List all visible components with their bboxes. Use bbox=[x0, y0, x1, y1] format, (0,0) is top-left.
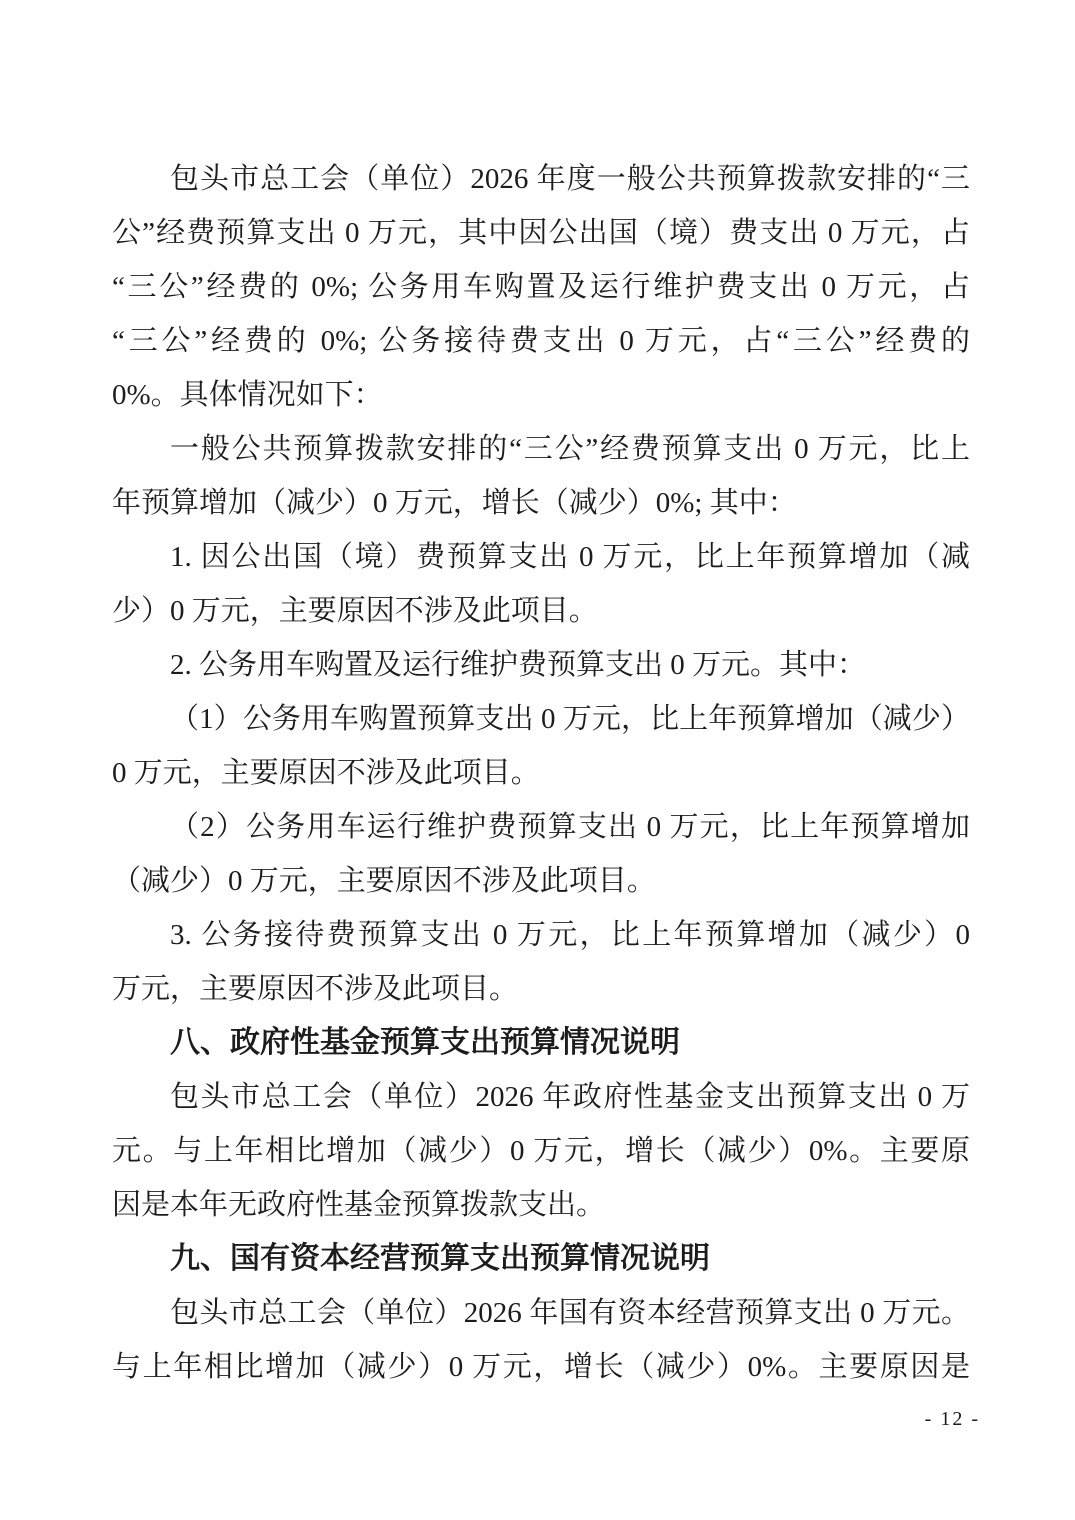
section-heading: 八、政府性基金预算支出预算情况说明 bbox=[112, 1016, 970, 1070]
text-line: “三公”经费的 0%; 公务接待费支出 0 万元，占“三公”经费的 bbox=[112, 314, 970, 368]
text-line: 0 万元，主要原因不涉及此项目。 bbox=[112, 746, 970, 800]
text-line: 3. 公务接待费预算支出 0 万元，比上年预算增加（减少）0 bbox=[112, 908, 970, 962]
text-line: （减少）0 万元，主要原因不涉及此项目。 bbox=[112, 854, 970, 908]
text-line: 元。与上年相比增加（减少）0 万元，增长（减少）0%。主要原 bbox=[112, 1124, 970, 1178]
text-line: 2. 公务用车购置及运行维护费预算支出 0 万元。其中： bbox=[112, 638, 970, 692]
section-heading: 九、国有资本经营预算支出预算情况说明 bbox=[112, 1232, 970, 1286]
text-line: 包头市总工会（单位）2026 年度一般公共预算拨款安排的“三 bbox=[112, 152, 970, 206]
text-line: 少）0 万元，主要原因不涉及此项目。 bbox=[112, 584, 970, 638]
text-line: 包头市总工会（单位）2026 年政府性基金支出预算支出 0 万 bbox=[112, 1070, 970, 1124]
document-page: 包头市总工会（单位）2026 年度一般公共预算拨款安排的“三 公”经费预算支出 … bbox=[0, 0, 1075, 1520]
text-line: （2）公务用车运行维护费预算支出 0 万元，比上年预算增加 bbox=[112, 800, 970, 854]
text-line: 一般公共预算拨款安排的“三公”经费预算支出 0 万元，比上 bbox=[112, 422, 970, 476]
document-body: 包头市总工会（单位）2026 年度一般公共预算拨款安排的“三 公”经费预算支出 … bbox=[112, 152, 970, 1394]
text-line: 与上年相比增加（减少）0 万元，增长（减少）0%。主要原因是 bbox=[112, 1340, 970, 1394]
page-number: - 12 - bbox=[925, 1404, 980, 1434]
text-line: （1）公务用车购置预算支出 0 万元，比上年预算增加（减少） bbox=[112, 692, 970, 746]
text-line: 0%。具体情况如下： bbox=[112, 368, 970, 422]
text-line: 万元，主要原因不涉及此项目。 bbox=[112, 962, 970, 1016]
text-line: 1. 因公出国（境）费预算支出 0 万元，比上年预算增加（减 bbox=[112, 530, 970, 584]
text-line: “三公”经费的 0%; 公务用车购置及运行维护费支出 0 万元，占 bbox=[112, 260, 970, 314]
text-line: 年预算增加（减少）0 万元，增长（减少）0%; 其中： bbox=[112, 476, 970, 530]
text-line: 包头市总工会（单位）2026 年国有资本经营预算支出 0 万元。 bbox=[112, 1286, 970, 1340]
text-line: 因是本年无政府性基金预算拨款支出。 bbox=[112, 1178, 970, 1232]
text-line: 公”经费预算支出 0 万元，其中因公出国（境）费支出 0 万元，占 bbox=[112, 206, 970, 260]
